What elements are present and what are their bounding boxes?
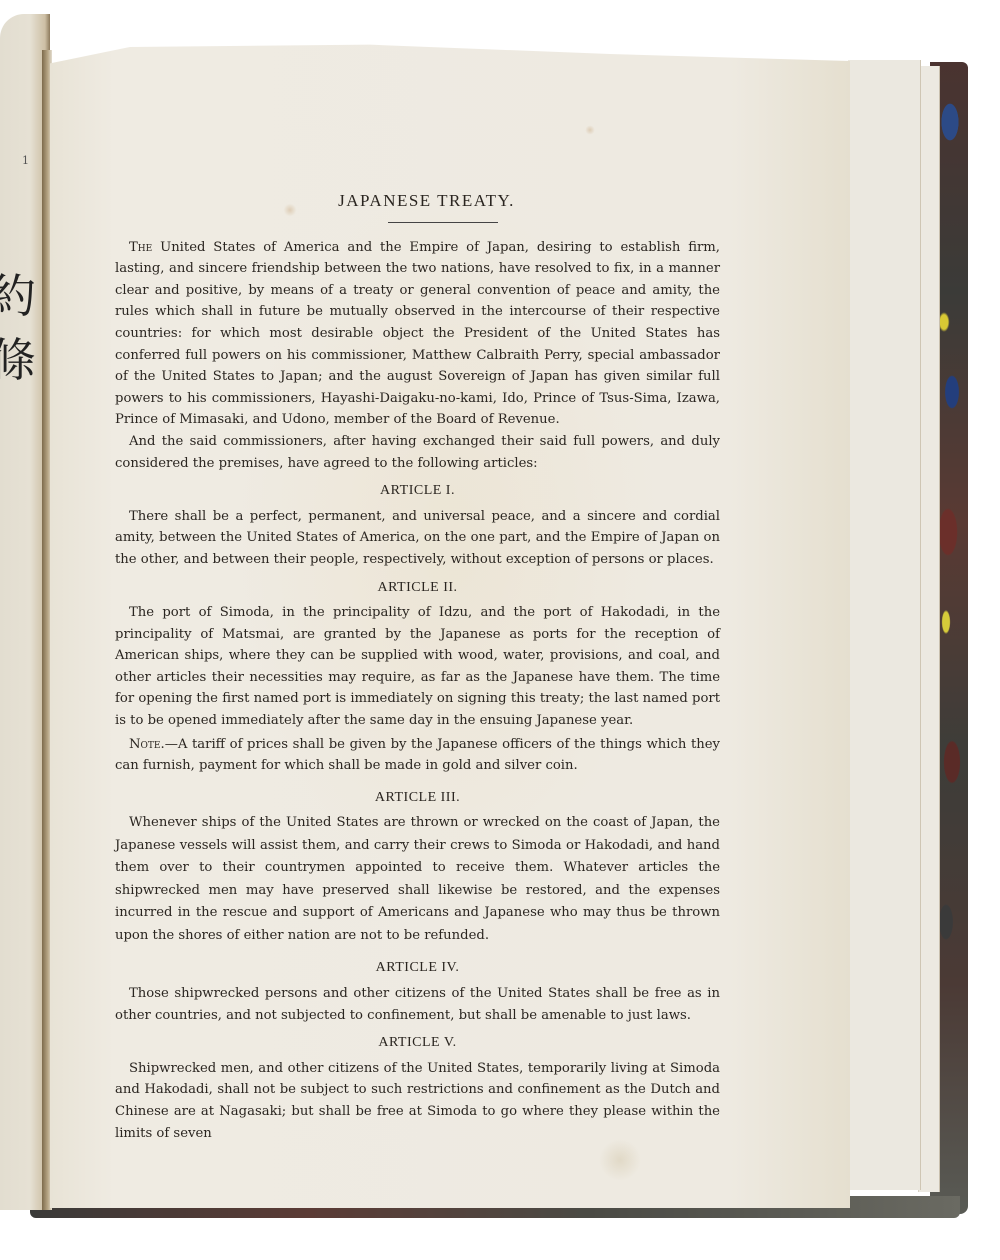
back-leaf-edge <box>918 66 940 1192</box>
article-text: Those shipwrecked persons and other citi… <box>115 983 720 1026</box>
article-heading: ARTICLE V. <box>115 1032 720 1054</box>
article-text: The port of Simoda, in the principality … <box>115 602 720 732</box>
folded-leaf-edge <box>848 60 921 1190</box>
kanji-char: 條 <box>0 328 30 392</box>
kanji-char: 約 <box>0 264 30 328</box>
article-heading: ARTICLE IV. <box>115 957 720 979</box>
note-label: Note. <box>129 737 165 752</box>
open-book: 1 約 條 JAPANESE TREATY. The United States… <box>0 0 1000 1260</box>
article-note: Note.—A tariff of prices shall be given … <box>115 734 720 777</box>
article-text: Whenever ships of the United States are … <box>115 812 720 947</box>
article-heading: ARTICLE III. <box>115 787 720 809</box>
note-text: —A tariff of prices shall be given by th… <box>115 737 720 774</box>
title-rule <box>388 222 498 223</box>
page-title: JAPANESE TREATY. <box>115 190 720 212</box>
kanji-title: 約 條 <box>0 264 30 392</box>
preamble-paragraph: The United States of America and the Emp… <box>115 237 720 431</box>
article-heading: ARTICLE II. <box>115 577 720 599</box>
article-heading: ARTICLE I. <box>115 480 720 502</box>
article-text: Shipwrecked men, and other citizens of t… <box>115 1058 720 1144</box>
article-text: There shall be a perfect, permanent, and… <box>115 506 720 571</box>
preamble-text: United States of America and the Empire … <box>115 240 720 428</box>
lead-word: The <box>129 240 152 255</box>
page-mark: 1 <box>22 154 29 167</box>
preamble-paragraph-2: And the said commissioners, after having… <box>115 431 720 474</box>
treaty-text: JAPANESE TREATY. The United States of Am… <box>115 190 720 1144</box>
